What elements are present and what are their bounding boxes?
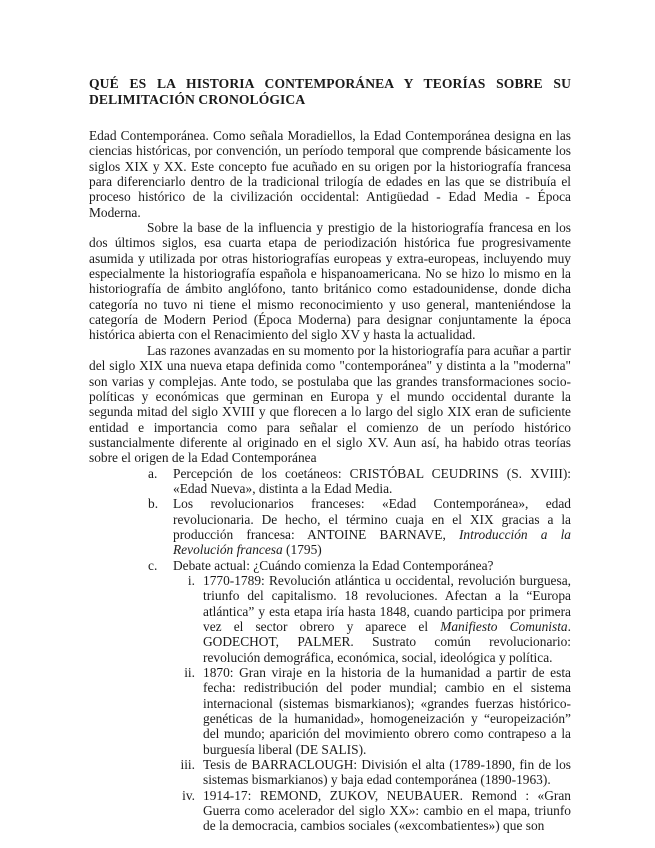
list-item-text: Percepción de los coetáneos: CRISTÓBAL C…	[173, 466, 571, 496]
list-marker: iv.	[182, 788, 195, 803]
list-item-text: Tesis de BARRACLOUGH: División el alta (…	[203, 757, 571, 787]
list-marker: ii.	[184, 665, 195, 680]
sublist-item-iii: iii. Tesis de BARRACLOUGH: División el a…	[173, 757, 571, 788]
list-item-a: a. Percepción de los coetáneos: CRISTÓBA…	[89, 466, 571, 497]
list-item-b: b. Los revolucionarios franceses: «Edad …	[89, 496, 571, 557]
debate-sublist: i. 1770-1789: Revolución atlántica u occ…	[173, 573, 571, 834]
document-page: QUÉ ES LA HISTORIA CONTEMPORÁNEA Y TEORÍ…	[89, 76, 571, 834]
list-marker: b.	[148, 496, 158, 511]
title-line-2: DELIMITACIÓN CRONOLÓGICA	[89, 92, 571, 108]
list-item-c: c. Debate actual: ¿Cuándo comienza la Ed…	[89, 558, 571, 834]
book-title: Manifiesto Comunista	[440, 619, 567, 634]
theories-list: a. Percepción de los coetáneos: CRISTÓBA…	[89, 466, 571, 834]
paragraph-intro: Edad Contemporánea. Como señala Moradiel…	[89, 128, 571, 220]
sublist-item-ii: ii. 1870: Gran viraje en la historia de …	[173, 665, 571, 757]
paragraph-reasons: Las razones avanzadas en su momento por …	[89, 343, 571, 466]
list-marker: c.	[148, 558, 157, 573]
list-item-text: 1870: Gran viraje en la historia de la h…	[203, 665, 571, 757]
sublist-item-iv: iv. 1914-17: REMOND, ZUKOV, NEUBAUER. Re…	[173, 788, 571, 834]
list-marker: a.	[148, 466, 157, 481]
document-title: QUÉ ES LA HISTORIA CONTEMPORÁNEA Y TEORÍ…	[89, 76, 571, 108]
list-marker: iii.	[180, 757, 195, 772]
sublist-item-i: i. 1770-1789: Revolución atlántica u occ…	[173, 573, 571, 665]
list-marker: i.	[188, 573, 195, 588]
list-item-text: Debate actual: ¿Cuándo comienza la Edad …	[173, 558, 494, 573]
title-line-1: QUÉ ES LA HISTORIA CONTEMPORÁNEA Y TEORÍ…	[89, 76, 571, 92]
list-item-text: 1914-17: REMOND, ZUKOV, NEUBAUER. Remond…	[203, 788, 571, 834]
list-item-text-end: (1795)	[283, 542, 322, 557]
paragraph-influence: Sobre la base de la influencia y prestig…	[89, 220, 571, 343]
